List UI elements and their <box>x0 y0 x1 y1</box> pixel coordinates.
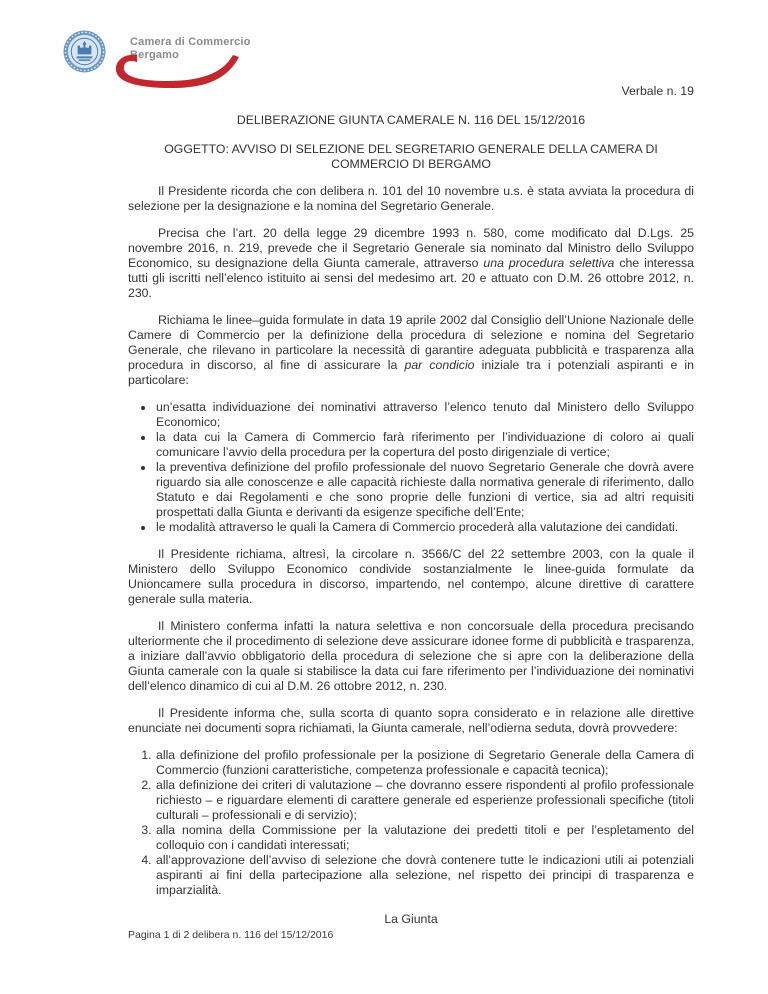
logo-swoosh-icon <box>115 54 240 88</box>
chamber-logo: Camera di Commercio Bergamo <box>60 27 260 87</box>
logo-org-line1: Camera di Commercio <box>130 36 251 49</box>
verbale-number: Verbale n. 19 <box>128 84 694 99</box>
numbered-item: alla definizione del profilo professiona… <box>155 748 694 778</box>
paragraph-linee-guida: Richiama le linee–guida formulate in dat… <box>128 313 694 388</box>
page-footer: Pagina 1 di 2 delibera n. 116 del 15/12/… <box>128 929 333 941</box>
numbered-item: alla nomina della Commissione per la val… <box>155 823 694 853</box>
numbered-item: all’approvazione dell’avviso di selezion… <box>155 853 694 898</box>
paragraph-natura-selettiva: Il Ministero conferma infatti la natura … <box>128 619 694 694</box>
bullet-item: la preventiva definizione del profilo pr… <box>155 460 694 520</box>
bullet-item: le modalità attraverso le quali la Camer… <box>155 520 694 535</box>
bullet-item: un’esatta individuazione dei nominativi … <box>155 400 694 430</box>
document-page: Camera di Commercio Bergamo Verbale n. 1… <box>0 0 768 994</box>
bullet-list: un’esatta individuazione dei nominativi … <box>128 400 694 535</box>
chamber-seal-icon <box>62 29 107 74</box>
numbered-list: alla definizione del profilo professiona… <box>128 748 694 898</box>
bullet-item: la data cui la Camera di Commercio farà … <box>155 430 694 460</box>
document-body: Verbale n. 19 DELIBERAZIONE GIUNTA CAMER… <box>128 84 694 927</box>
paragraph-odierna-seduta: Il Presidente informa che, sulla scorta … <box>128 706 694 736</box>
subject-line: OGGETTO: AVVISO DI SELEZIONE DEL SEGRETA… <box>128 142 694 172</box>
paragraph-avvio-procedura: Il Presidente ricorda che con delibera n… <box>128 184 694 214</box>
italic-phrase-procedura-selettiva: una procedura selettiva <box>483 256 614 270</box>
paragraph-circolare: Il Presidente richiama, altresì, la circ… <box>128 547 694 607</box>
closing-la-giunta: La Giunta <box>128 912 694 927</box>
numbered-item: alla definizione dei criteri di valutazi… <box>155 778 694 823</box>
paragraph-art20: Precisa che l’art. 20 della legge 29 dic… <box>128 226 694 301</box>
deliberation-title: DELIBERAZIONE GIUNTA CAMERALE N. 116 DEL… <box>128 113 694 128</box>
italic-phrase-par-condicio: par condicio <box>405 358 475 372</box>
